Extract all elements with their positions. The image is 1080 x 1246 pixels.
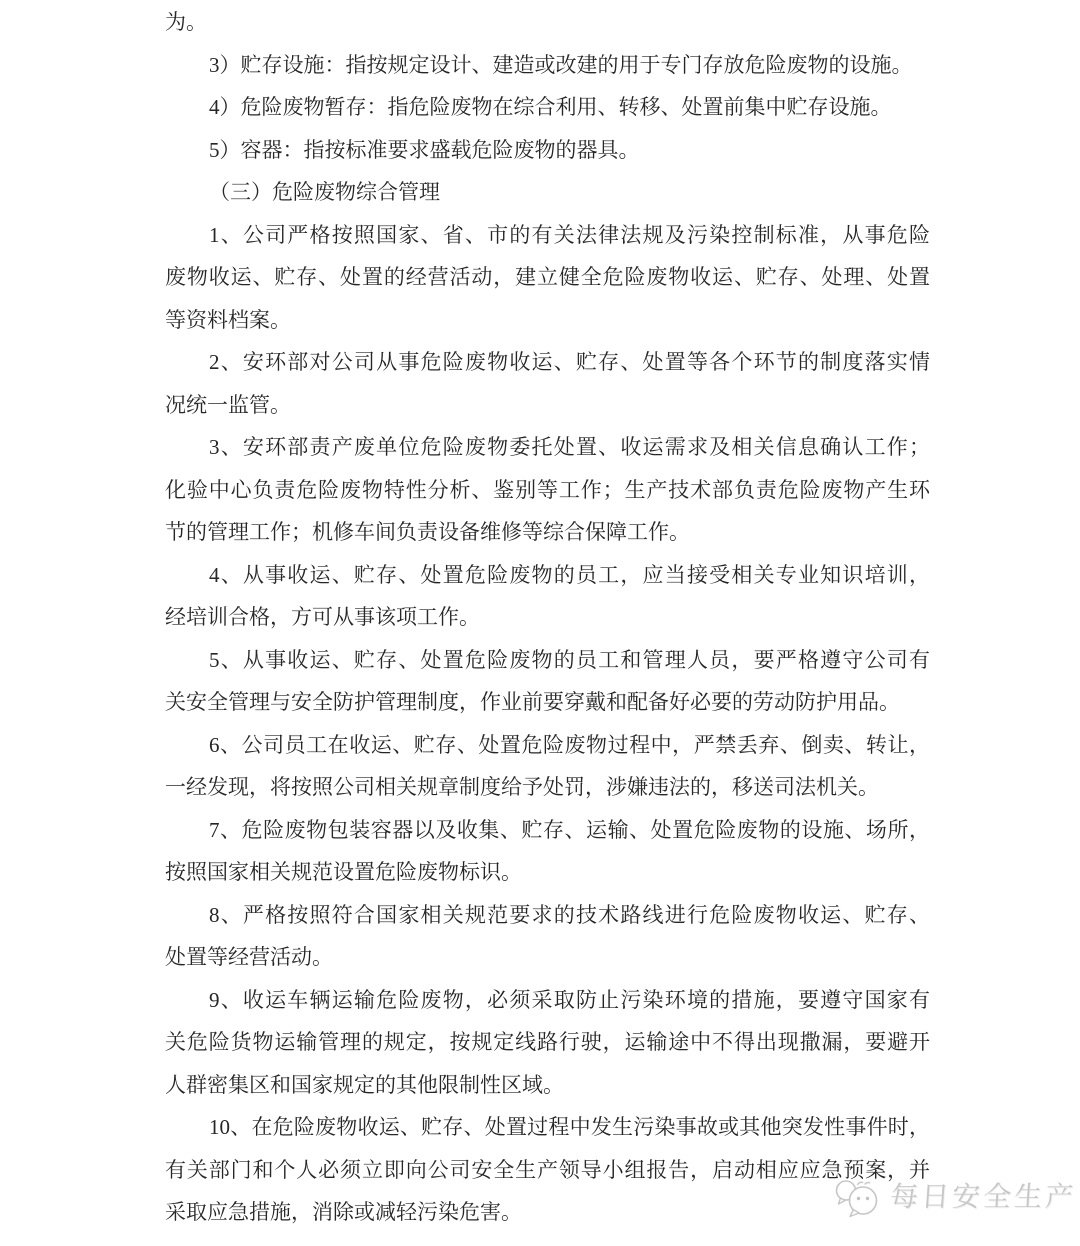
text-line: 9、收运车辆运输危险废物，必须采取防止污染环境的措施，要遵守国家有 [165, 979, 930, 1022]
text-line: 4）危险废物暂存：指危险废物在综合利用、转移、处置前集中贮存设施。 [165, 86, 930, 129]
text-line: 6、公司员工在收运、贮存、处置危险废物过程中，严禁丢弃、倒卖、转让， [165, 724, 930, 767]
text-line: 7、危险废物包装容器以及收集、贮存、运输、处置危险废物的设施、场所， [165, 809, 930, 852]
text-line: 等资料档案。 [165, 299, 930, 342]
text-line: 3）贮存设施：指按规定设计、建造或改建的用于专门存放危险废物的设施。 [165, 44, 930, 87]
text-line: 有关部门和个人必须立即向公司安全生产领导小组报告，启动相应应急预案，并 [165, 1149, 930, 1192]
text-line: 节的管理工作；机修车间负责设备维修等综合保障工作。 [165, 511, 930, 554]
text-line: 采取应急措施，消除或减轻污染危害。 [165, 1191, 930, 1234]
text-line: 2、安环部对公司从事危险废物收运、贮存、处置等各个环节的制度落实情 [165, 341, 930, 384]
text-line: 10、在危险废物收运、贮存、处置过程中发生污染事故或其他突发性事件时， [165, 1106, 930, 1149]
text-line: 5）容器：指按标准要求盛载危险废物的器具。 [165, 129, 930, 172]
text-line: 关安全管理与安全防护管理制度，作业前要穿戴和配备好必要的劳动防护用品。 [165, 681, 930, 724]
text-line: 8、严格按照符合国家相关规范要求的技术路线进行危险废物收运、贮存、 [165, 894, 930, 937]
text-line: 况统一监管。 [165, 384, 930, 427]
text-line: 按照国家相关规范设置危险废物标识。 [165, 851, 930, 894]
watermark: 每日安全生产 [833, 1177, 1076, 1219]
text-line: 4、从事收运、贮存、处置危险废物的员工，应当接受相关专业知识培训， [165, 554, 930, 597]
text-line: 废物收运、贮存、处置的经营活动，建立健全危险废物收运、贮存、处理、处置 [165, 256, 930, 299]
wechat-bubbles-icon [833, 1177, 883, 1219]
text-line: 关危险货物运输管理的规定，按规定线路行驶，运输途中不得出现撒漏，要避开 [165, 1021, 930, 1064]
text-line: （三）危险废物综合管理 [165, 171, 930, 214]
text-line: 人群密集区和国家规定的其他限制性区域。 [165, 1064, 930, 1107]
document-text-block: 为。3）贮存设施：指按规定设计、建造或改建的用于专门存放危险废物的设施。4）危险… [165, 1, 930, 1234]
text-line: 化验中心负责危险废物特性分析、鉴别等工作；生产技术部负责危险废物产生环 [165, 469, 930, 512]
text-line: 3、安环部责产废单位危险废物委托处置、收运需求及相关信息确认工作； [165, 426, 930, 469]
text-line: 为。 [165, 1, 930, 44]
text-line: 1、公司严格按照国家、省、市的有关法律法规及污染控制标准，从事危险 [165, 214, 930, 257]
watermark-label: 每日安全生产 [889, 1178, 1078, 1218]
text-line: 5、从事收运、贮存、处置危险废物的员工和管理人员，要严格遵守公司有 [165, 639, 930, 682]
text-line: 一经发现，将按照公司相关规章制度给予处罚，涉嫌违法的，移送司法机关。 [165, 766, 930, 809]
text-line: 处置等经营活动。 [165, 936, 930, 979]
text-line: 经培训合格，方可从事该项工作。 [165, 596, 930, 639]
